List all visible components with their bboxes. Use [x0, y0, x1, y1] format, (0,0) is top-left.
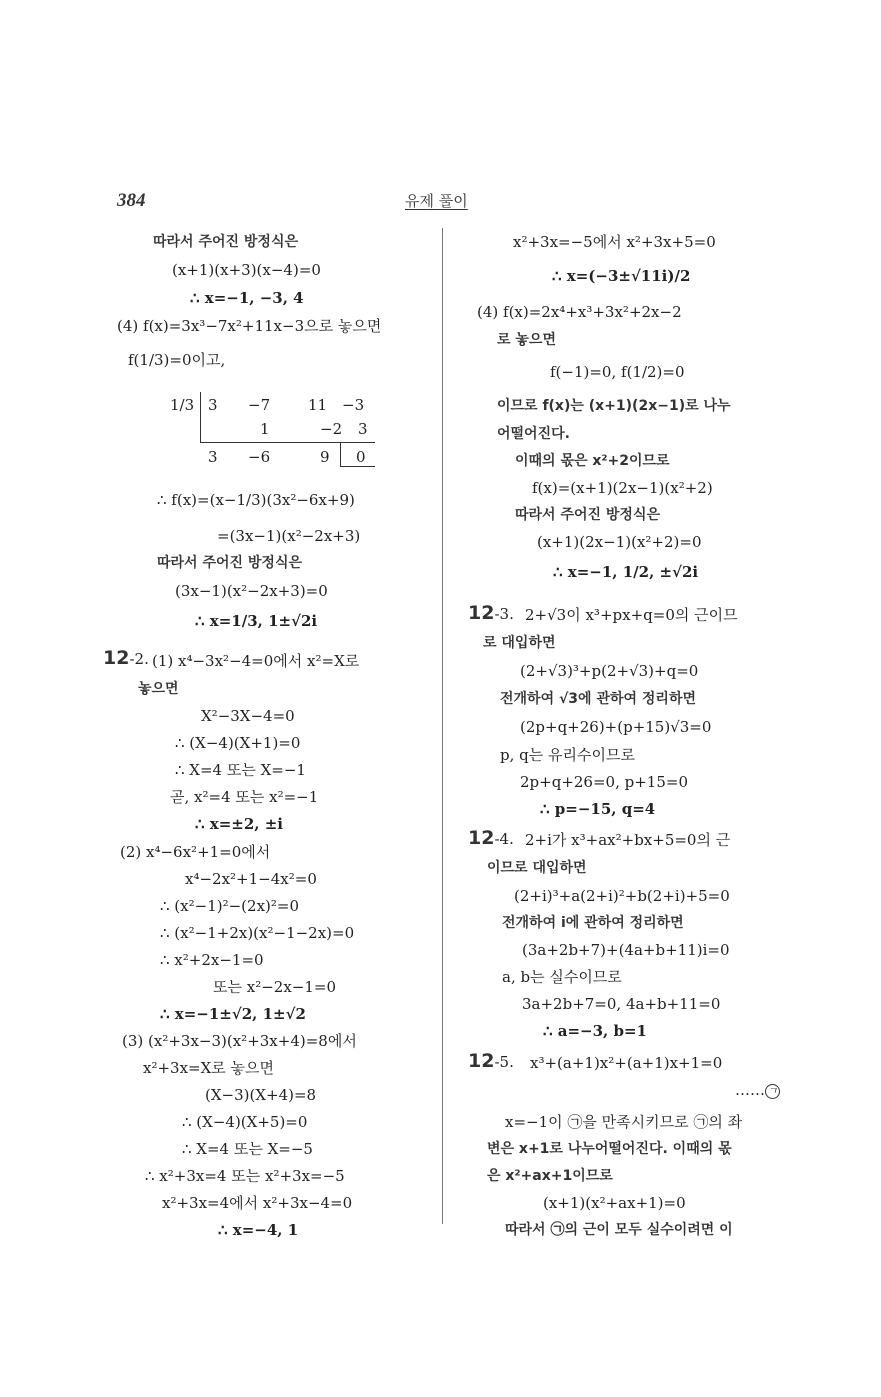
- running-head: 유제 풀이: [405, 190, 468, 211]
- left-column-line: (x+1)(x+3)(x−4)=0: [172, 260, 321, 280]
- right-column-line: (x+1)(2x−1)(x²+2)=0: [537, 532, 702, 552]
- right-column-line: 3a+2b+7=0, 4a+b+11=0: [522, 994, 720, 1014]
- right-column-line: x²+3x=−5에서 x²+3x+5=0: [513, 232, 716, 252]
- left-column-line: ∴ x=−4, 1: [218, 1220, 298, 1240]
- right-column-line: 따라서 ㉠의 근이 모두 실수이려면 이: [505, 1220, 733, 1240]
- right-column-line: 전개하여 √3에 관하여 정리하면: [500, 689, 696, 709]
- left-column-line: (3x−1)(x²−2x+3)=0: [175, 581, 328, 601]
- right-column-line: x³+(a+1)x²+(a+1)x+1=0: [530, 1053, 722, 1073]
- right-column-line: 2p+q+26=0, p+15=0: [520, 772, 688, 792]
- left-column-line: ∴ (X−4)(X+1)=0: [175, 733, 300, 753]
- left-column-line: 곧, x²=4 또는 x²=−1: [170, 787, 318, 807]
- left-column-line: ∴ x=±2, ±i: [195, 814, 283, 834]
- left-column-line: x²+3x=4에서 x²+3x−4=0: [162, 1193, 352, 1213]
- right-column-line: ∴ x=−1, 1/2, ±√2i: [553, 562, 698, 582]
- left-column-line: X²−3X−4=0: [201, 706, 295, 726]
- left-column-line: 따라서 주어진 방정식은: [153, 232, 298, 252]
- right-column-line: 이므로 대입하면: [487, 858, 587, 878]
- right-column-line: p, q는 유리수이므로: [500, 745, 635, 765]
- column-divider: [442, 228, 443, 1224]
- problem-label-12-3: 12-3.: [468, 603, 514, 624]
- problem-label-12-4: 12-4.: [468, 828, 514, 849]
- right-column-line: 전개하여 i에 관하여 정리하면: [502, 913, 684, 933]
- page-number: 384: [117, 190, 146, 212]
- problem-label-12-2: 12-2.: [103, 648, 149, 669]
- left-column-line: ∴ x²+2x−1=0: [160, 950, 264, 970]
- right-column-line: 로 놓으면: [497, 330, 556, 350]
- left-column-line: (2) x⁴−6x²+1=0에서: [120, 842, 270, 862]
- right-column-line: ∴ x=(−3±√11i)/2: [552, 266, 690, 286]
- right-column-line: 따라서 주어진 방정식은: [515, 505, 660, 525]
- right-column-line: 변은 x+1로 나누어떨어진다. 이때의 몫: [487, 1139, 732, 1159]
- right-column-line: 2+√3이 x³+px+q=0의 근이므: [525, 605, 738, 625]
- right-column-line: 2+i가 x³+ax²+bx+5=0의 근: [525, 830, 730, 850]
- right-column-line: 이때의 몫은 x²+2이므로: [515, 451, 670, 471]
- left-column-line: ∴ x²+3x=4 또는 x²+3x=−5: [145, 1166, 345, 1186]
- left-column-line: ∴ x=1/3, 1±√2i: [195, 611, 317, 631]
- right-column-line: (3a+2b+7)+(4a+b+11)i=0: [522, 940, 730, 960]
- left-column-line: ∴ (x²−1)²−(2x)²=0: [160, 896, 299, 916]
- right-column-line: x=−1이 ㉠을 만족시키므로 ㉠의 좌: [505, 1112, 742, 1132]
- left-column-line: (4) f(x)=3x³−7x²+11x−3으로 놓으면: [117, 316, 381, 336]
- left-column-line: (1) x⁴−3x²−4=0에서 x²=X로: [152, 651, 359, 671]
- right-column-line: 로 대입하면: [483, 633, 556, 653]
- left-column-line: x⁴−2x²+1−4x²=0: [185, 869, 317, 889]
- divisor: 1/3: [170, 396, 194, 414]
- right-column-line: ∴ p=−15, q=4: [540, 799, 655, 819]
- left-column-line: 또는 x²−2x−1=0: [213, 977, 336, 997]
- synthetic-division: 1/3 3 −7 11 −3 1 −2 3 3 −6 9 0: [160, 392, 380, 472]
- left-column-line: =(3x−1)(x²−2x+3): [217, 526, 360, 546]
- left-column-line: x²+3x=X로 놓으면: [143, 1058, 274, 1078]
- left-column-line: ∴ x=−1±√2, 1±√2: [160, 1004, 306, 1024]
- left-column-line: f(1/3)=0이고,: [128, 350, 225, 370]
- circled-marker-icon: ㄱ: [765, 1084, 780, 1099]
- left-column-line: ∴ f(x)=(x−1/3)(3x²−6x+9): [157, 490, 355, 510]
- left-column-line: ∴ X=4 또는 X=−1: [175, 760, 306, 780]
- left-column-line: (3) (x²+3x−3)(x²+3x+4)=8에서: [122, 1031, 357, 1051]
- right-column-line: (x+1)(x²+ax+1)=0: [543, 1193, 686, 1213]
- right-column-line: f(x)=(x+1)(2x−1)(x²+2): [532, 478, 713, 498]
- left-column-line: ∴ X=4 또는 X=−5: [182, 1139, 313, 1159]
- right-column-line: a, b는 실수이므로: [502, 967, 622, 987]
- right-column-line: ∴ a=−3, b=1: [543, 1021, 647, 1041]
- right-column-line: (2p+q+26)+(p+15)√3=0: [520, 717, 711, 737]
- right-column-line: (2+√3)³+p(2+√3)+q=0: [520, 661, 698, 681]
- right-column-line: 어떨어진다.: [497, 424, 570, 444]
- problem-label-12-5: 12-5.: [468, 1051, 514, 1072]
- right-column-line: 은 x²+ax+1이므로: [487, 1166, 613, 1186]
- left-column-line: 놓으면: [138, 679, 179, 699]
- right-column-line: 이므로 f(x)는 (x+1)(2x−1)로 나누: [497, 396, 731, 416]
- left-column-line: (X−3)(X+4)=8: [205, 1085, 316, 1105]
- right-column-line: (2+i)³+a(2+i)²+b(2+i)+5=0: [514, 886, 730, 906]
- equation-marker: ……ㄱ: [735, 1080, 780, 1100]
- left-column-line: 따라서 주어진 방정식은: [157, 553, 302, 573]
- right-column-line: (4) f(x)=2x⁴+x³+3x²+2x−2: [477, 302, 682, 322]
- right-column-line: f(−1)=0, f(1/2)=0: [550, 362, 685, 382]
- left-column-line: ∴ (X−4)(X+5)=0: [182, 1112, 307, 1132]
- left-column-line: ∴ x=−1, −3, 4: [190, 288, 304, 308]
- left-column-line: ∴ (x²−1+2x)(x²−1−2x)=0: [160, 923, 354, 943]
